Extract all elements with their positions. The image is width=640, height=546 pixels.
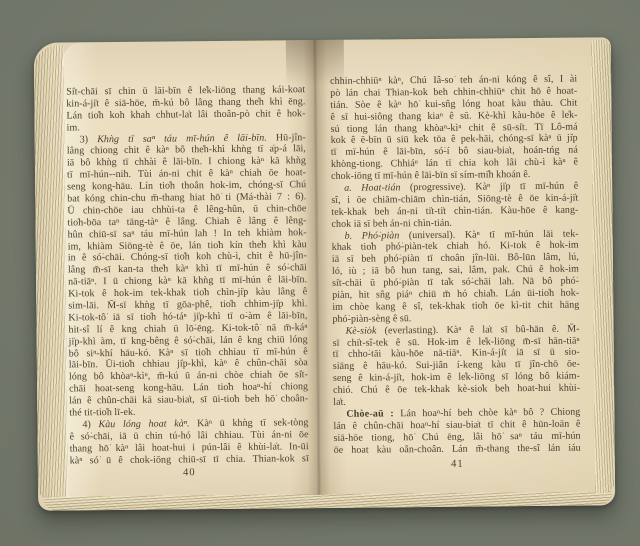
text-run: 3) [80, 134, 98, 145]
text-run: chió. Chú ê ōe tek-khak kè-sio̍k beh hoa… [333, 383, 580, 396]
text-run: Kàⁿ ū khǹg tī sek-tòng [189, 417, 308, 429]
bold-run: Chòe-aū : [346, 408, 394, 419]
italic-run: Kè-sio̍k [345, 325, 376, 336]
italic-run: a. Hoat-tián [344, 182, 400, 194]
text-run: kàⁿ só͘ ū ê chok-iōng chiū-sī tī chia. T… [70, 453, 309, 466]
left-page-text: Si̍t-chāi sī chin ū lāi-bīn ê le̍k-liōng… [66, 84, 309, 467]
text-run: chok iā sī beh án-ni chìn-tián. [331, 217, 452, 229]
text-line: im chòe kang ê sî, tek-khak tio̍h ōe kì-… [332, 299, 579, 313]
text-line: Lán tio̍h koh khah chhut-la̍t lâi thoân-… [66, 108, 305, 122]
left-page-number: 40 [70, 466, 309, 479]
text-run: la̍t. [333, 397, 346, 408]
right-page-stack-edge [591, 39, 615, 493]
right-page-number: 41 [334, 458, 581, 471]
text-line: kàⁿ só͘ ū ê chok-iōng chiū-sī tī chia. T… [70, 453, 309, 467]
text-run: Hū-jîn- [267, 132, 306, 143]
text-run: (everlasting). Kàⁿ ê la̍t sī bû-hān ê. M… [376, 323, 579, 336]
left-page-stack-edge [34, 45, 68, 499]
photo-background: Si̍t-chāi sī chin ū lāi-bīn ê le̍k-liōng… [0, 0, 640, 546]
text-run: im chòe kang ê sî, tek-khak tio̍h ōe kì-… [332, 299, 579, 312]
text-run: khòng-tiong. Chhiáⁿ lán tī chia koh lâi … [331, 157, 578, 170]
italic-run: b. Phó͘-piàn [345, 230, 400, 242]
open-book: Si̍t-chāi sī chin ū lāi-bīn ê le̍k-liōng… [34, 37, 615, 511]
bottom-page-stack-edge [44, 491, 612, 510]
text-run: ōe hoat kàu oân-choân. Lán m̄-thang the-… [334, 442, 581, 455]
text-run: (progressive). Kàⁿ ji̍p tī mī-hún ê [401, 181, 579, 194]
text-run: 4) [82, 419, 98, 430]
text-line: lán ê chûn-chāi kā siau-bia̍t, sī ūi-tio… [69, 393, 308, 407]
text-run: (universal). Kàⁿ tī mī-hún lāi tek- [399, 228, 578, 241]
text-run: tek-khak beh án-ni ti̍t-ti̍t chìn-tián. … [331, 204, 578, 217]
right-page-text: chhin-chhiūⁿ kàⁿ, Chú Iâ-so͘ teh án-ni k… [330, 74, 581, 457]
text-run: im. [67, 122, 80, 133]
text-run: Lán tio̍h koh khah chhut-la̍t lâi thoân-… [66, 108, 305, 121]
text-line: ōe hoat kàu oân-choân. Lán m̄-thang the-… [334, 442, 581, 456]
text-line: chió. Chú ê ōe tek-khak kè-sio̍k beh hoa… [333, 383, 580, 397]
text-run: chok-iōng tī mī-hún ê lāi-bīn sī sím-mi̍… [331, 169, 530, 182]
text-run: lán ê chûn-chāi kā siau-bia̍t, sī ūi-tio… [69, 393, 308, 406]
italic-run: Kàu lóng hoat kàⁿ. [98, 418, 189, 430]
italic-run: Khǹg tī saⁿ táu mī-hún ê lāi-bīn. [97, 132, 267, 145]
text-run: thé tit-tio̍h lī-ek. [69, 407, 135, 419]
text-run: Lán hoaⁿ-hí beh chòe kàⁿ bô ? Chiong [394, 406, 581, 419]
text-run: phó͘-piàn-sèng ê sū. [332, 313, 411, 325]
text-line: tek-khak beh án-ni ti̍t-ti̍t chìn-tián. … [331, 204, 578, 218]
